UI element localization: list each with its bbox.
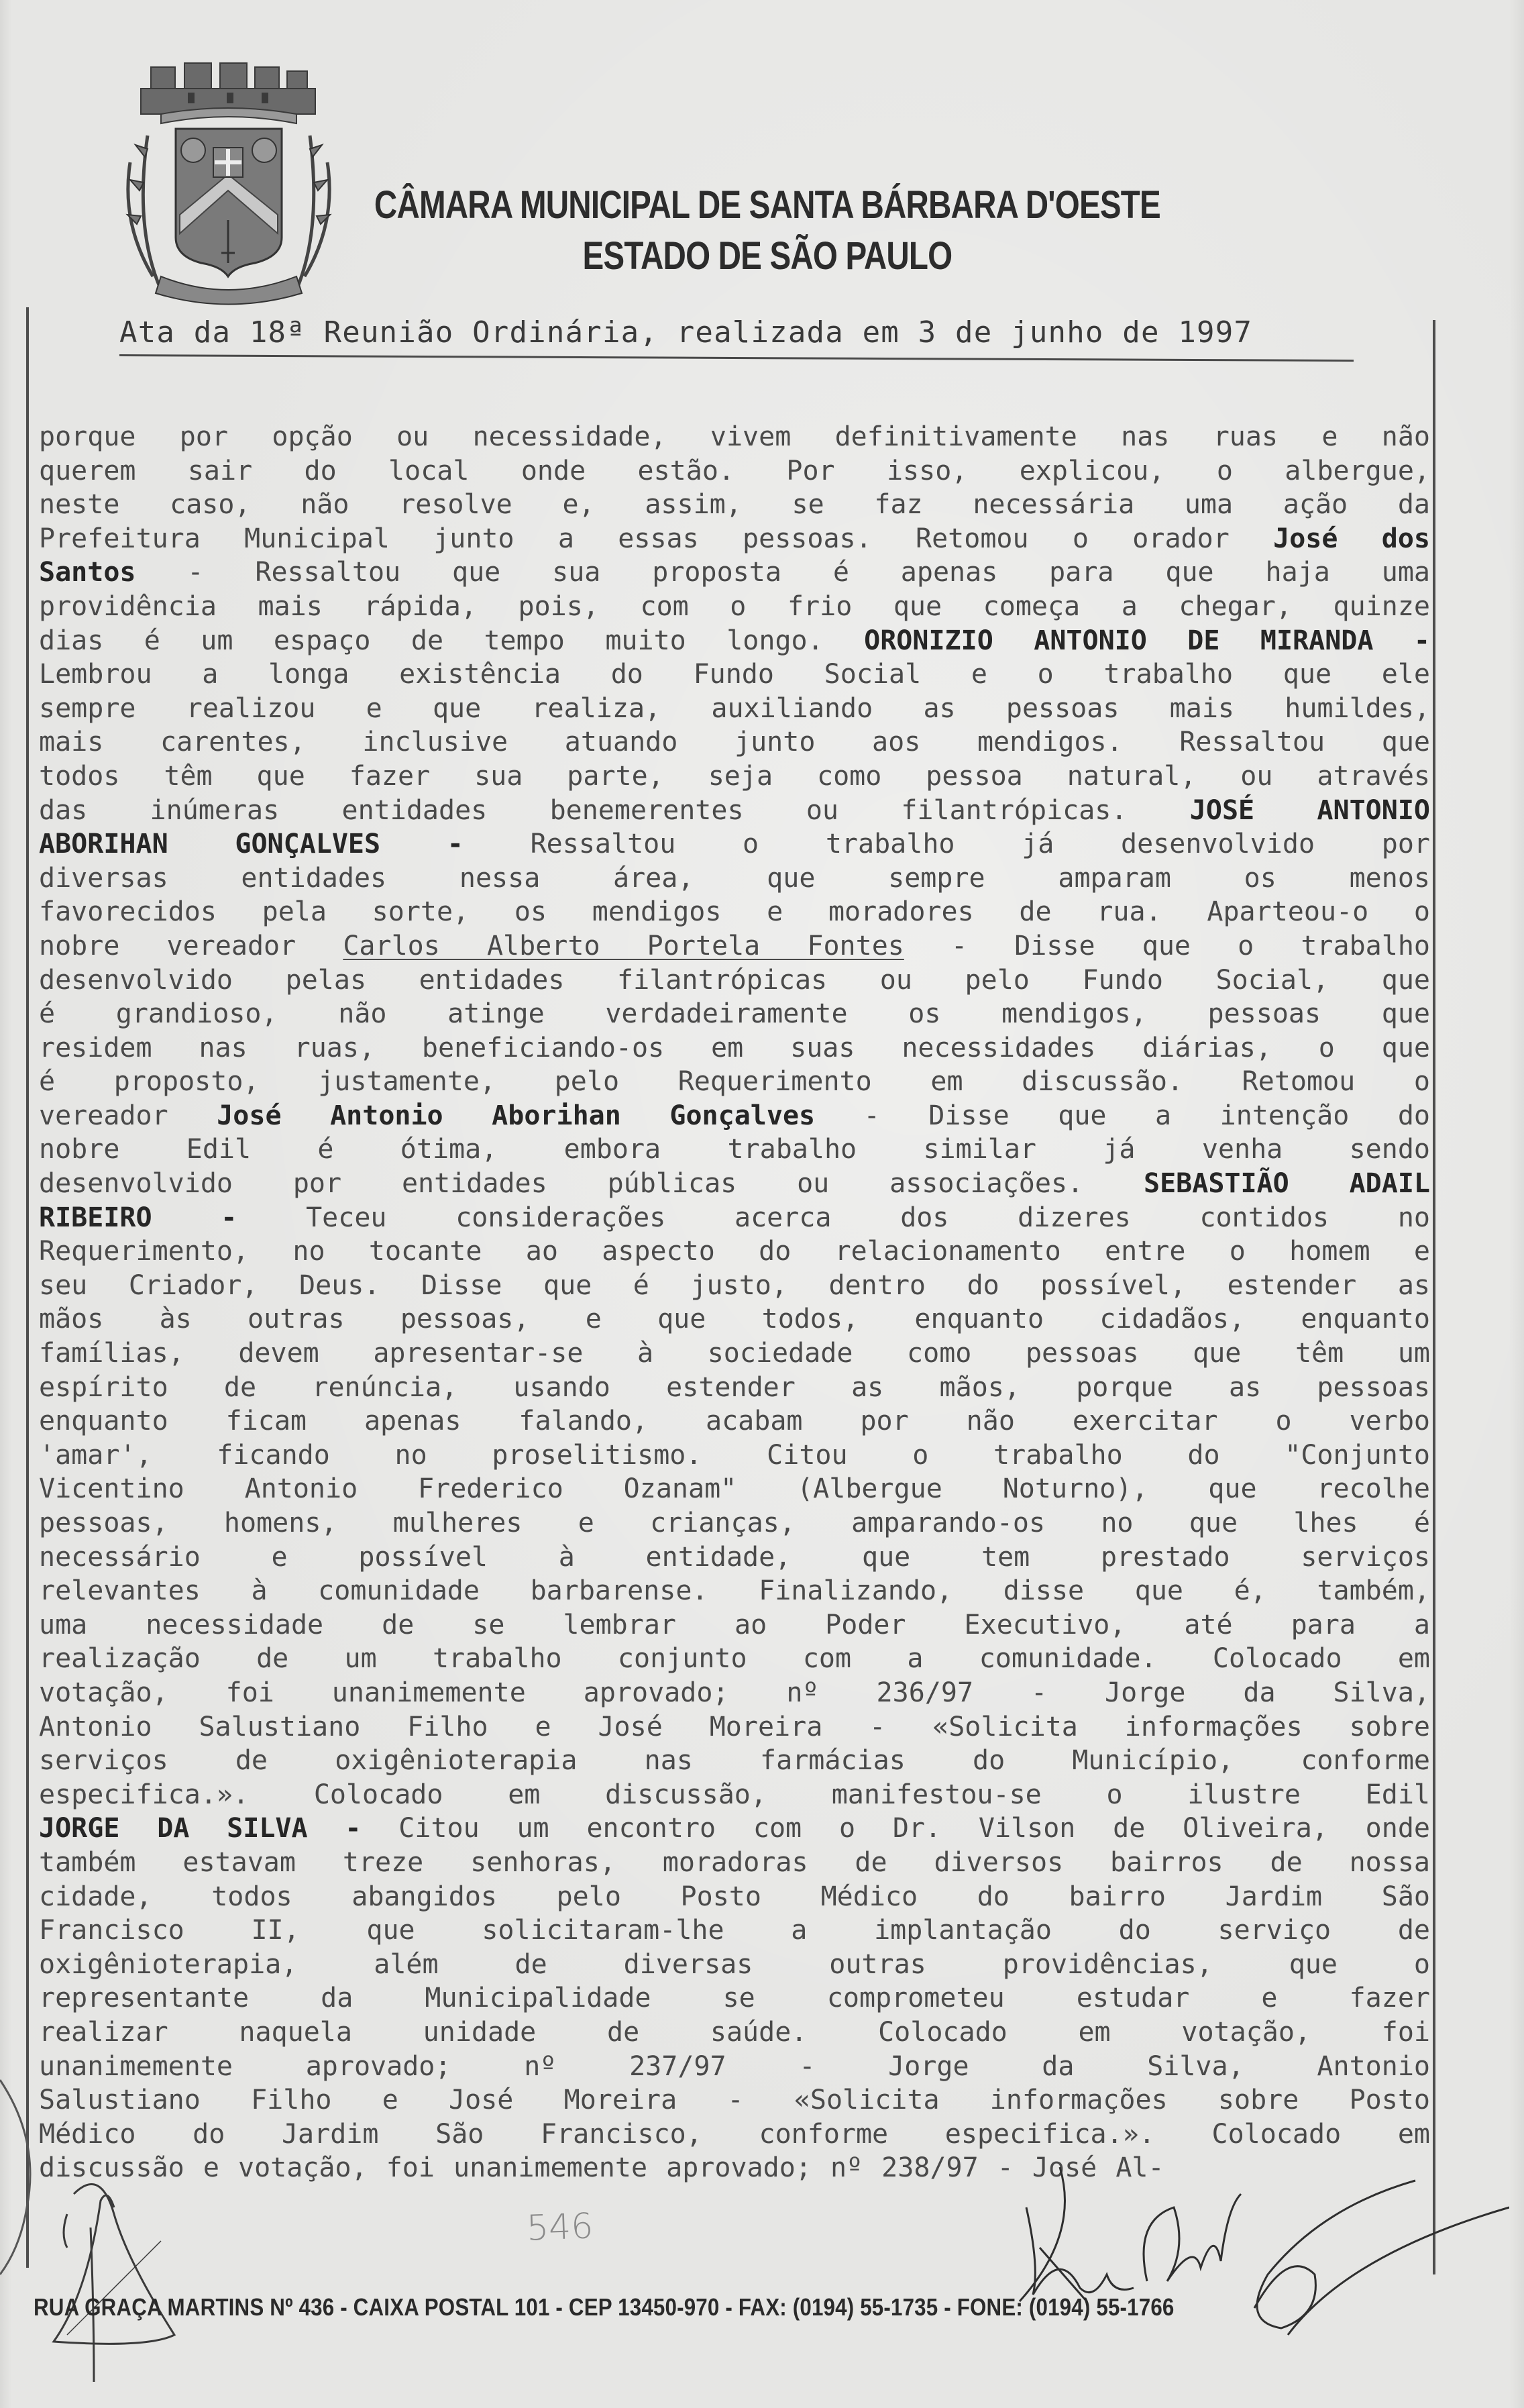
- text-line: especifica.». Colocado em discussão, man…: [39, 1778, 1430, 1812]
- text-segment: discussão e votação, foi unanimemente ap…: [39, 2152, 1164, 2183]
- text-segment: Citou um encontro com o Dr. Vilson de Ol…: [361, 1813, 1430, 1844]
- text-segment: dias é um espaço de tempo muito longo.: [39, 625, 864, 656]
- text-segment: - Disse que o trabalho: [904, 931, 1430, 961]
- text-line: Vicentino Antonio Frederico Ozanam" (Alb…: [39, 1472, 1430, 1506]
- text-line: oxigênioterapia, além de diversas outras…: [39, 1948, 1430, 1982]
- text-segment: diversas entidades nessa área, que sempr…: [39, 863, 1430, 894]
- text-line: querem sair do local onde estão. Por iss…: [39, 454, 1430, 488]
- text-segment: mais carentes, inclusive atuando junto a…: [39, 727, 1430, 757]
- text-line: desenvolvido por entidades públicas ou a…: [39, 1167, 1430, 1201]
- text-line: famílias, devem apresentar-se à sociedad…: [39, 1337, 1430, 1371]
- speaker-name: ABORIHAN GONÇALVES -: [39, 829, 464, 859]
- speaker-name: ORONIZIO ANTONIO DE MIRANDA -: [864, 625, 1430, 656]
- text-line: nobre Edil é ótima, embora trabalho simi…: [39, 1133, 1430, 1167]
- state-name: ESTADO DE SÃO PAULO: [142, 233, 1392, 278]
- handwritten-page-number: 546: [526, 2206, 594, 2248]
- text-line: cidade, todos abangidos pelo Posto Médic…: [39, 1880, 1430, 1914]
- text-segment: enquanto ficam apenas falando, acabam po…: [39, 1406, 1430, 1436]
- speaker-name: JORGE DA SILVA -: [39, 1813, 361, 1844]
- text-segment: Lembrou a longa existência do Fundo Soci…: [39, 659, 1430, 690]
- speaker-name: JOSÉ ANTONIO: [1190, 795, 1430, 826]
- text-segment: também estavam treze senhoras, moradoras…: [39, 1847, 1430, 1878]
- text-line: nobre vereador Carlos Alberto Portela Fo…: [39, 929, 1430, 963]
- text-segment: Salustiano Filho e José Moreira - «Solic…: [39, 2085, 1430, 2115]
- text-line: dias é um espaço de tempo muito longo. O…: [39, 624, 1430, 658]
- text-segment: uma necessidade de se lembrar ao Poder E…: [39, 1610, 1430, 1640]
- right-margin-rule: [1433, 320, 1435, 2274]
- text-segment: 'amar', ficando no proselitismo. Citou o…: [39, 1440, 1430, 1471]
- text-segment: votação, foi unanimemente aprovado; nº 2…: [39, 1677, 1430, 1708]
- speaker-name: SEBASTIÃO ADAIL: [1144, 1168, 1430, 1199]
- text-segment: das inúmeras entidades benemerentes ou f…: [39, 795, 1190, 826]
- text-line: enquanto ficam apenas falando, acabam po…: [39, 1404, 1430, 1438]
- text-line: 'amar', ficando no proselitismo. Citou o…: [39, 1438, 1430, 1473]
- speaker-name: José dos: [1273, 523, 1430, 554]
- text-line: uma necessidade de se lembrar ao Poder E…: [39, 1608, 1430, 1642]
- text-segment: realizar naquela unidade de saúde. Coloc…: [39, 2017, 1430, 2048]
- footer-address: RUA GRAÇA MARTINS Nº 436 - CAIXA POSTAL …: [34, 2293, 1265, 2321]
- text-line: Lembrou a longa existência do Fundo Soci…: [39, 658, 1430, 692]
- institution-name: CÂMARA MUNICIPAL DE SANTA BÁRBARA D'OEST…: [142, 182, 1392, 227]
- text-segment: nobre vereador: [39, 931, 343, 961]
- text-line: todos têm que fazer sua parte, seja como…: [39, 760, 1430, 794]
- text-line: diversas entidades nessa área, que sempr…: [39, 861, 1430, 896]
- text-segment: representante da Municipalidade se compr…: [39, 1983, 1430, 2013]
- text-segment: Antonio Salustiano Filho e José Moreira …: [39, 1712, 1430, 1742]
- text-segment: Requerimento, no tocante ao aspecto do r…: [39, 1236, 1430, 1267]
- text-line: Prefeitura Municipal junto a essas pesso…: [39, 522, 1430, 556]
- text-segment: querem sair do local onde estão. Por iss…: [39, 456, 1430, 486]
- text-segment: pessoas, homens, mulheres e crianças, am…: [39, 1508, 1430, 1538]
- scan-edge-artifact: [0, 2073, 40, 2288]
- speaker-name: José Antonio Aborihan Gonçalves: [217, 1100, 815, 1131]
- text-segment: porque por opção ou necessidade, vivem d…: [39, 421, 1430, 452]
- text-line: das inúmeras entidades benemerentes ou f…: [39, 794, 1430, 828]
- text-line: Santos - Ressaltou que sua proposta é ap…: [39, 556, 1430, 590]
- text-line: Francisco II, que solicitaram-lhe a impl…: [39, 1914, 1430, 1948]
- text-line: JORGE DA SILVA - Citou um encontro com o…: [39, 1812, 1430, 1846]
- text-segment: - Ressaltou que sua proposta é apenas pa…: [136, 557, 1431, 588]
- text-segment: Teceu considerações acerca dos dizeres c…: [237, 1202, 1430, 1233]
- text-segment: desenvolvido por entidades públicas ou a…: [39, 1168, 1144, 1199]
- text-segment: seu Criador, Deus. Disse que é justo, de…: [39, 1270, 1430, 1301]
- text-segment: unanimemente aprovado; nº 237/97 - Jorge…: [39, 2051, 1430, 2082]
- text-segment: espírito de renúncia, usando estender as…: [39, 1372, 1430, 1403]
- text-segment: providência mais rápida, pois, com o fri…: [39, 591, 1430, 622]
- text-line: necessário e possível à entidade, que te…: [39, 1540, 1430, 1575]
- text-line: seu Criador, Deus. Disse que é justo, de…: [39, 1269, 1430, 1303]
- text-line: Antonio Salustiano Filho e José Moreira …: [39, 1710, 1430, 1744]
- text-line: porque por opção ou necessidade, vivem d…: [39, 420, 1430, 454]
- text-segment: famílias, devem apresentar-se à sociedad…: [39, 1338, 1430, 1369]
- text-line: mãos às outras pessoas, e que todos, enq…: [39, 1302, 1430, 1337]
- text-line: desenvolvido pelas entidades filantrópic…: [39, 963, 1430, 998]
- text-line: ABORIHAN GONÇALVES - Ressaltou o trabalh…: [39, 827, 1430, 861]
- text-line: votação, foi unanimemente aprovado; nº 2…: [39, 1676, 1430, 1710]
- text-line: pessoas, homens, mulheres e crianças, am…: [39, 1506, 1430, 1540]
- text-segment: Vicentino Antonio Frederico Ozanam" (Alb…: [39, 1473, 1430, 1504]
- text-line: providência mais rápida, pois, com o fri…: [39, 590, 1430, 624]
- text-segment: Médico do Jardim São Francisco, conforme…: [39, 2119, 1430, 2150]
- minutes-body: porque por opção ou necessidade, vivem d…: [39, 420, 1430, 2185]
- text-segment: desenvolvido pelas entidades filantrópic…: [39, 965, 1430, 996]
- text-segment: serviços de oxigênioterapia nas farmácia…: [39, 1745, 1430, 1776]
- text-line: espírito de renúncia, usando estender as…: [39, 1371, 1430, 1405]
- text-line: Requerimento, no tocante ao aspecto do r…: [39, 1235, 1430, 1269]
- title-underline: [119, 354, 1354, 362]
- text-segment: relevantes à comunidade barbarense. Fina…: [39, 1575, 1430, 1606]
- text-segment: necessário e possível à entidade, que te…: [39, 1542, 1430, 1573]
- text-segment: oxigênioterapia, além de diversas outras…: [39, 1949, 1430, 1980]
- text-line: realização de um trabalho conjunto com a…: [39, 1642, 1430, 1676]
- text-segment: residem nas ruas, beneficiando-os em sua…: [39, 1033, 1430, 1063]
- text-line: realizar naquela unidade de saúde. Coloc…: [39, 2016, 1430, 2050]
- text-line: vereador José Antonio Aborihan Gonçalves…: [39, 1099, 1430, 1133]
- text-line: favorecidos pela sorte, os mendigos e mo…: [39, 895, 1430, 929]
- text-line: RIBEIRO - Teceu considerações acerca dos…: [39, 1201, 1430, 1235]
- text-line: sempre realizou e que realiza, auxiliand…: [39, 692, 1430, 726]
- text-segment: todos têm que fazer sua parte, seja como…: [39, 761, 1430, 792]
- text-line: é proposto, justamente, pelo Requeriment…: [39, 1065, 1430, 1099]
- text-line: neste caso, não resolve e, assim, se faz…: [39, 488, 1430, 522]
- text-segment: realização de um trabalho conjunto com a…: [39, 1643, 1430, 1674]
- text-segment: é grandioso, não atinge verdadeiramente …: [39, 998, 1430, 1029]
- text-segment: Francisco II, que solicitaram-lhe a impl…: [39, 1915, 1430, 1946]
- text-segment: é proposto, justamente, pelo Requeriment…: [39, 1066, 1430, 1097]
- document-title: Ata da 18ª Reunião Ordinária, realizada …: [119, 315, 1354, 350]
- text-segment: nobre Edil é ótima, embora trabalho simi…: [39, 1134, 1430, 1165]
- text-line: representante da Municipalidade se compr…: [39, 1981, 1430, 2016]
- text-segment: especifica.». Colocado em discussão, man…: [39, 1779, 1430, 1810]
- text-segment: Prefeitura Municipal junto a essas pesso…: [39, 523, 1273, 554]
- text-segment: mãos às outras pessoas, e que todos, enq…: [39, 1304, 1430, 1334]
- text-line: discussão e votação, foi unanimemente ap…: [39, 2151, 1430, 2185]
- left-margin-rule: [26, 307, 29, 2268]
- text-segment: neste caso, não resolve e, assim, se faz…: [39, 489, 1430, 520]
- text-line: é grandioso, não atinge verdadeiramente …: [39, 997, 1430, 1031]
- text-line: também estavam treze senhoras, moradoras…: [39, 1846, 1430, 1880]
- text-line: unanimemente aprovado; nº 237/97 - Jorge…: [39, 2050, 1430, 2084]
- text-segment: favorecidos pela sorte, os mendigos e mo…: [39, 896, 1430, 927]
- text-line: mais carentes, inclusive atuando junto a…: [39, 725, 1430, 760]
- text-segment: cidade, todos abangidos pelo Posto Médic…: [39, 1881, 1430, 1912]
- text-line: Médico do Jardim São Francisco, conforme…: [39, 2117, 1430, 2152]
- text-line: Salustiano Filho e José Moreira - «Solic…: [39, 2083, 1430, 2117]
- text-segment: sempre realizou e que realiza, auxiliand…: [39, 693, 1430, 724]
- text-line: relevantes à comunidade barbarense. Fina…: [39, 1574, 1430, 1608]
- signature-left-icon: [27, 2174, 188, 2389]
- speaker-name: Santos: [39, 557, 136, 588]
- text-line: residem nas ruas, beneficiando-os em sua…: [39, 1031, 1430, 1065]
- text-segment: vereador: [39, 1100, 217, 1131]
- text-segment: - Disse que a intenção do: [815, 1100, 1430, 1131]
- text-line: serviços de oxigênioterapia nas farmácia…: [39, 1744, 1430, 1778]
- text-segment: Ressaltou o trabalho já desenvolvido por: [464, 829, 1430, 859]
- speaker-name: RIBEIRO -: [39, 1202, 237, 1233]
- underlined-name: Carlos Alberto Portela Fontes: [343, 931, 904, 961]
